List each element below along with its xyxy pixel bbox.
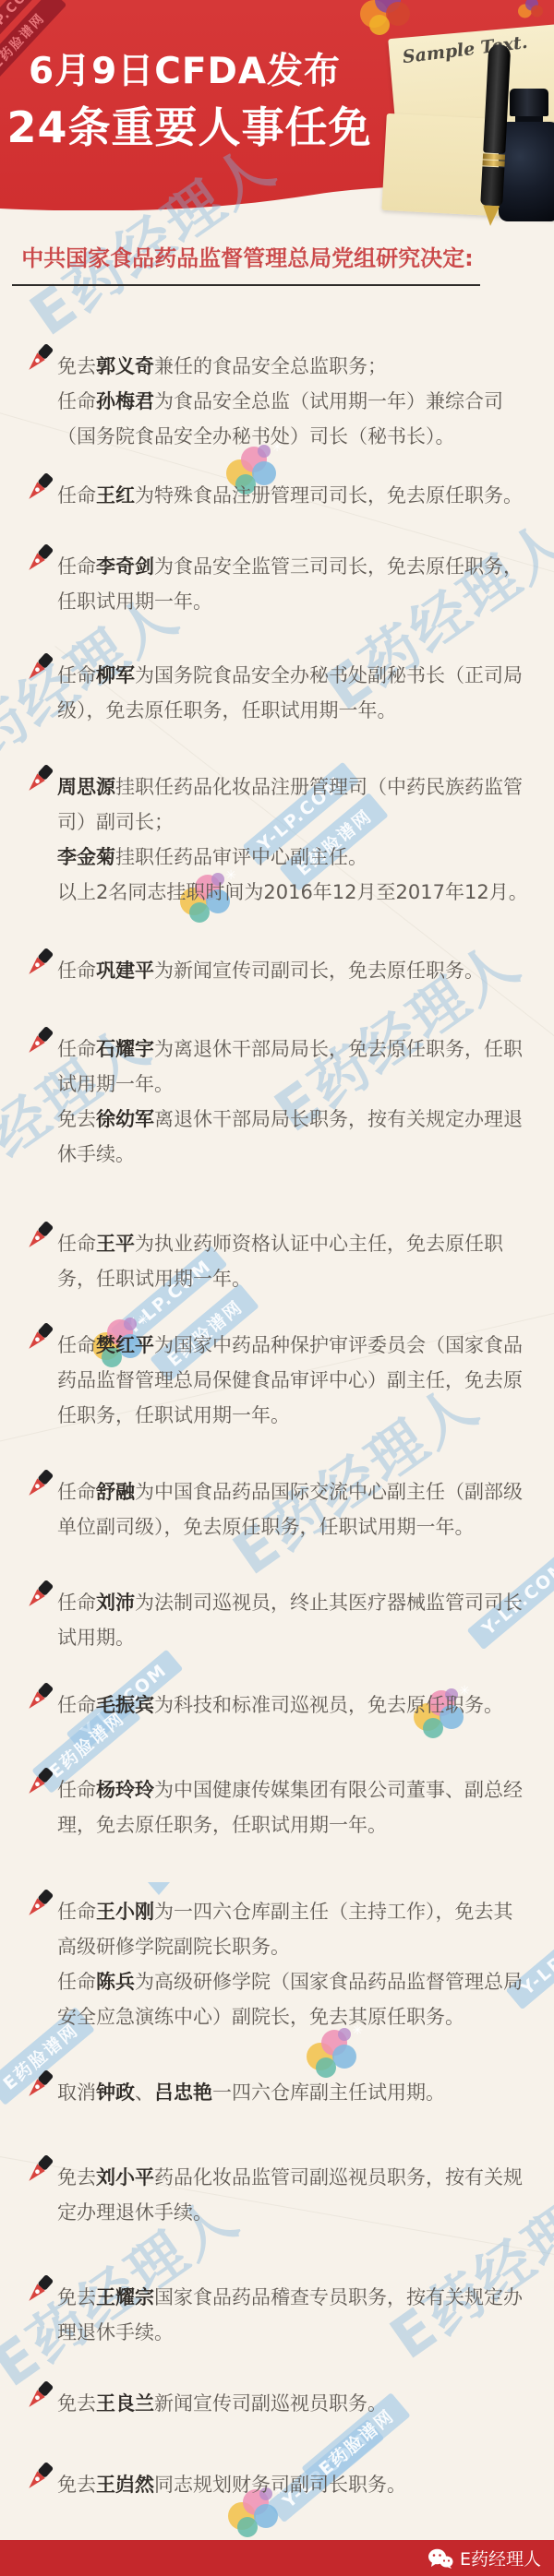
pen-nib-icon	[24, 1024, 55, 1059]
list-item-text: 任命樊红平为国家中药品种保护审评委员会（国家食品药品监督管理总局保健食品审评中心…	[57, 1328, 528, 1433]
pen-nib-icon	[24, 341, 55, 376]
pen-nib-icon	[24, 2272, 55, 2308]
heading-divider	[12, 284, 480, 286]
pen-nib-icon	[24, 471, 55, 506]
pen-nib-icon	[24, 1320, 55, 1355]
list-item-text: 免去刘小平药品化妆品监管司副巡视员职务，按有关规定办理退休手续。	[57, 2160, 528, 2230]
pen-nib-icon	[24, 2460, 55, 2495]
list-item-text: 周思源挂职任药品化妆品注册管理司（中药民族药监管司）副司长； 李金菊挂职任药品审…	[57, 769, 528, 910]
pen-nib-icon	[24, 1219, 55, 1254]
list-item: 免去刘小平药品化妆品监管司副巡视员职务，按有关规定办理退休手续。	[0, 2160, 554, 2230]
header-title-line2: 24条重要人事任免	[0, 94, 379, 155]
list-item-text: 任命杨玲玲为中国健康传媒集团有限公司董事、副总经理，免去原任职务，任职试用期一年…	[57, 1772, 528, 1843]
poster-page: Sample Text. 6月9日CFDA发布 24条重要人事任免 Y-LP.C…	[0, 0, 554, 2576]
list-item-text: 免去郭义奇兼任的食品安全总监职务； 任命孙梅君为食品安全总监（试用期一年）兼综合…	[57, 349, 528, 454]
list-item-text: 任命刘沛为法制司巡视员，终止其医疗器械监管司司长试用期。	[57, 1585, 528, 1655]
pen-nib-icon	[24, 650, 55, 686]
pen-nib-icon	[24, 2153, 55, 2188]
decision-heading: 中共国家食品药品监督管理总局党组研究决定:	[15, 240, 480, 272]
list-item: 任命巩建平为新闻宣传司副司长，免去原任职务。	[0, 953, 554, 988]
list-item: 任命王小刚为一四六仓库副主任（主持工作），免去其高级研修学院副院长职务。 任命陈…	[0, 1894, 554, 2034]
pen-nib-icon	[24, 1680, 55, 1715]
list-item-text: 任命王平为执业药师资格认证中心主任，免去原任职务，任职试用期一年。	[57, 1226, 528, 1296]
list-item: 免去王耀宗国家食品药品稽查专员职务，按有关规定办理退休手续。	[0, 2280, 554, 2350]
list-item-text: 任命柳军为国务院食品安全办秘书处副秘书长（正司局级），免去原任职务，任职试用期一…	[57, 658, 528, 728]
list-item-text: 任命毛振宾为科技和标准司巡视员，免去原任职务。	[57, 1688, 528, 1723]
list-item-text: 任命王小刚为一四六仓库副主任（主持工作），免去其高级研修学院副院长职务。 任命陈…	[57, 1894, 528, 2034]
color-blob-decoration	[517, 0, 545, 24]
chevron-down-decoration	[148, 1882, 170, 1895]
pen-nib-icon	[24, 542, 55, 577]
list-item: 任命李奇剑为食品安全监管三司司长，免去原任职务，任职试用期一年。	[0, 549, 554, 619]
list-item-text: 任命巩建平为新闻宣传司副司长，免去原任职务。	[57, 953, 528, 988]
list-item: 任命石耀宇为离退休干部局局长，免去原任职务，任职试用期一年。 免去徐幼军离退休干…	[0, 1032, 554, 1172]
pen-nib-icon	[24, 762, 55, 797]
list-item: 任命柳军为国务院食品安全办秘书处副秘书长（正司局级），免去原任职务，任职试用期一…	[0, 658, 554, 728]
list-item-text: 取消钟政、吕忠艳一四六仓库副主任试用期。	[57, 2075, 528, 2110]
list-item-text: 任命王红为特殊食品注册管理司司长，免去原任职务。	[57, 478, 528, 513]
pen-nib-icon	[24, 1765, 55, 1800]
list-item-text: 免去王耀宗国家食品药品稽查专员职务，按有关规定办理退休手续。	[57, 2280, 528, 2350]
list-item: 取消钟政、吕忠艳一四六仓库副主任试用期。	[0, 2075, 554, 2110]
list-item-text: 任命舒融为中国食品药品国际交流中心副主任（副部级单位副司级），免去原任职务，任职…	[57, 1474, 528, 1544]
list-item: 任命樊红平为国家中药品种保护审评委员会（国家食品药品监督管理总局保健食品审评中心…	[0, 1328, 554, 1433]
list-item: 任命舒融为中国食品药品国际交流中心副主任（副部级单位副司级），免去原任职务，任职…	[0, 1474, 554, 1544]
pen-nib-icon	[24, 2068, 55, 2103]
list-item: 免去郭义奇兼任的食品安全总监职务； 任命孙梅君为食品安全总监（试用期一年）兼综合…	[0, 349, 554, 454]
list-item: 周思源挂职任药品化妆品注册管理司（中药民族药监管司）副司长； 李金菊挂职任药品审…	[0, 769, 554, 910]
wechat-icon	[428, 2548, 453, 2569]
list-item: 免去王岿然同志规划财务司副司长职务。	[0, 2467, 554, 2502]
list-item-text: 免去王良兰新闻宣传司副巡视员职务。	[57, 2386, 528, 2421]
pen-nib-icon	[24, 1887, 55, 1922]
list-item-text: 任命李奇剑为食品安全监管三司司长，免去原任职务，任职试用期一年。	[57, 549, 528, 619]
pen-nib-icon	[24, 1578, 55, 1613]
header-title-line1: 6月9日CFDA发布	[0, 42, 369, 94]
footer-brand-label: E药经理人	[460, 2546, 541, 2570]
list-item-text: 免去王岿然同志规划财务司副司长职务。	[57, 2467, 528, 2502]
pen-nib-icon	[24, 2379, 55, 2414]
list-item: 免去王良兰新闻宣传司副巡视员职务。	[0, 2386, 554, 2421]
list-item-text: 任命石耀宇为离退休干部局局长，免去原任职务，任职试用期一年。 免去徐幼军离退休干…	[57, 1032, 528, 1172]
footer-bar: E药经理人	[0, 2540, 554, 2576]
list-item: 任命王红为特殊食品注册管理司司长，免去原任职务。	[0, 478, 554, 513]
color-blob-decoration	[358, 0, 414, 39]
color-blob-decoration	[305, 2028, 360, 2081]
list-item: 任命杨玲玲为中国健康传媒集团有限公司董事、副总经理，免去原任职务，任职试用期一年…	[0, 1772, 554, 1843]
pen-nib-icon	[24, 1467, 55, 1502]
list-item: 任命刘沛为法制司巡视员，终止其医疗器械监管司司长试用期。	[0, 1585, 554, 1655]
list-item: 任命毛振宾为科技和标准司巡视员，免去原任职务。	[0, 1688, 554, 1723]
list-item: 任命王平为执业药师资格认证中心主任，免去原任职务，任职试用期一年。	[0, 1226, 554, 1296]
pen-nib-icon	[24, 946, 55, 981]
footer-brand: E药经理人	[428, 2540, 541, 2576]
